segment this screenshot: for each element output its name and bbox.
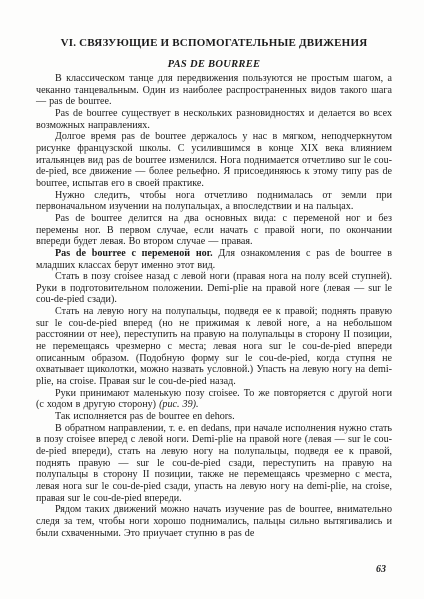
paragraph: В обратном направлении, т. е. en dedans,… — [36, 423, 392, 505]
text-run: Стать на левую ногу на полупальцы, подве… — [36, 306, 392, 387]
text-run: Рядом таких движений можно начать изучен… — [36, 504, 392, 538]
paragraph: Pas de bourree существует в нескольких р… — [36, 108, 392, 131]
page-number: 63 — [376, 564, 386, 575]
paragraph: Pas de bourree делится на два основных в… — [36, 213, 392, 248]
paragraph: Руки принимают маленькую позу croisee. Т… — [36, 388, 392, 411]
text-run: Так исполняется pas de bourree en dehors… — [55, 411, 235, 422]
paragraph: В классическом танце для передвижения по… — [36, 73, 392, 108]
paragraph: Pas de bourree с переменой ног. Для озна… — [36, 248, 392, 271]
paragraph: Так исполняется pas de bourree en dehors… — [36, 411, 392, 423]
paragraph: Стать в позу croisee назад с левой ноги … — [36, 271, 392, 306]
text-run: Pas de bourree делится на два основных в… — [36, 213, 392, 247]
text-run: Стать в позу croisee назад с левой ноги … — [36, 271, 392, 305]
section-title: PAS DE BOURREE — [36, 59, 392, 70]
text-run: В классическом танце для передвижения по… — [36, 73, 392, 107]
text-run: Pas de bourree существует в нескольких р… — [36, 108, 392, 131]
paragraph: Рядом таких движений можно начать изучен… — [36, 504, 392, 539]
text-run: В обратном направлении, т. е. en dedans,… — [36, 423, 392, 504]
body-text: В классическом танце для передвижения по… — [36, 73, 392, 539]
chapter-title: VI. СВЯЗУЮЩИЕ И ВСПОМОГАТЕЛЬНЫЕ ДВИЖЕНИЯ — [36, 37, 392, 49]
text-run: Долгое время pas de bourree держалось у … — [36, 131, 392, 189]
text-run: Нужно следить, чтобы нога отчетливо подн… — [36, 190, 392, 213]
text-run: (рис. 39). — [159, 399, 198, 410]
paragraph: Долгое время pas de bourree держалось у … — [36, 131, 392, 189]
paragraph: Стать на левую ногу на полупальцы, подве… — [36, 306, 392, 388]
text-run: Руки принимают маленькую позу croisee. Т… — [36, 388, 392, 411]
text-run: Pas de bourree с переменой ног. — [55, 248, 213, 259]
paragraph: Нужно следить, чтобы нога отчетливо подн… — [36, 190, 392, 213]
book-page: VI. СВЯЗУЮЩИЕ И ВСПОМОГАТЕЛЬНЫЕ ДВИЖЕНИЯ… — [0, 0, 424, 599]
